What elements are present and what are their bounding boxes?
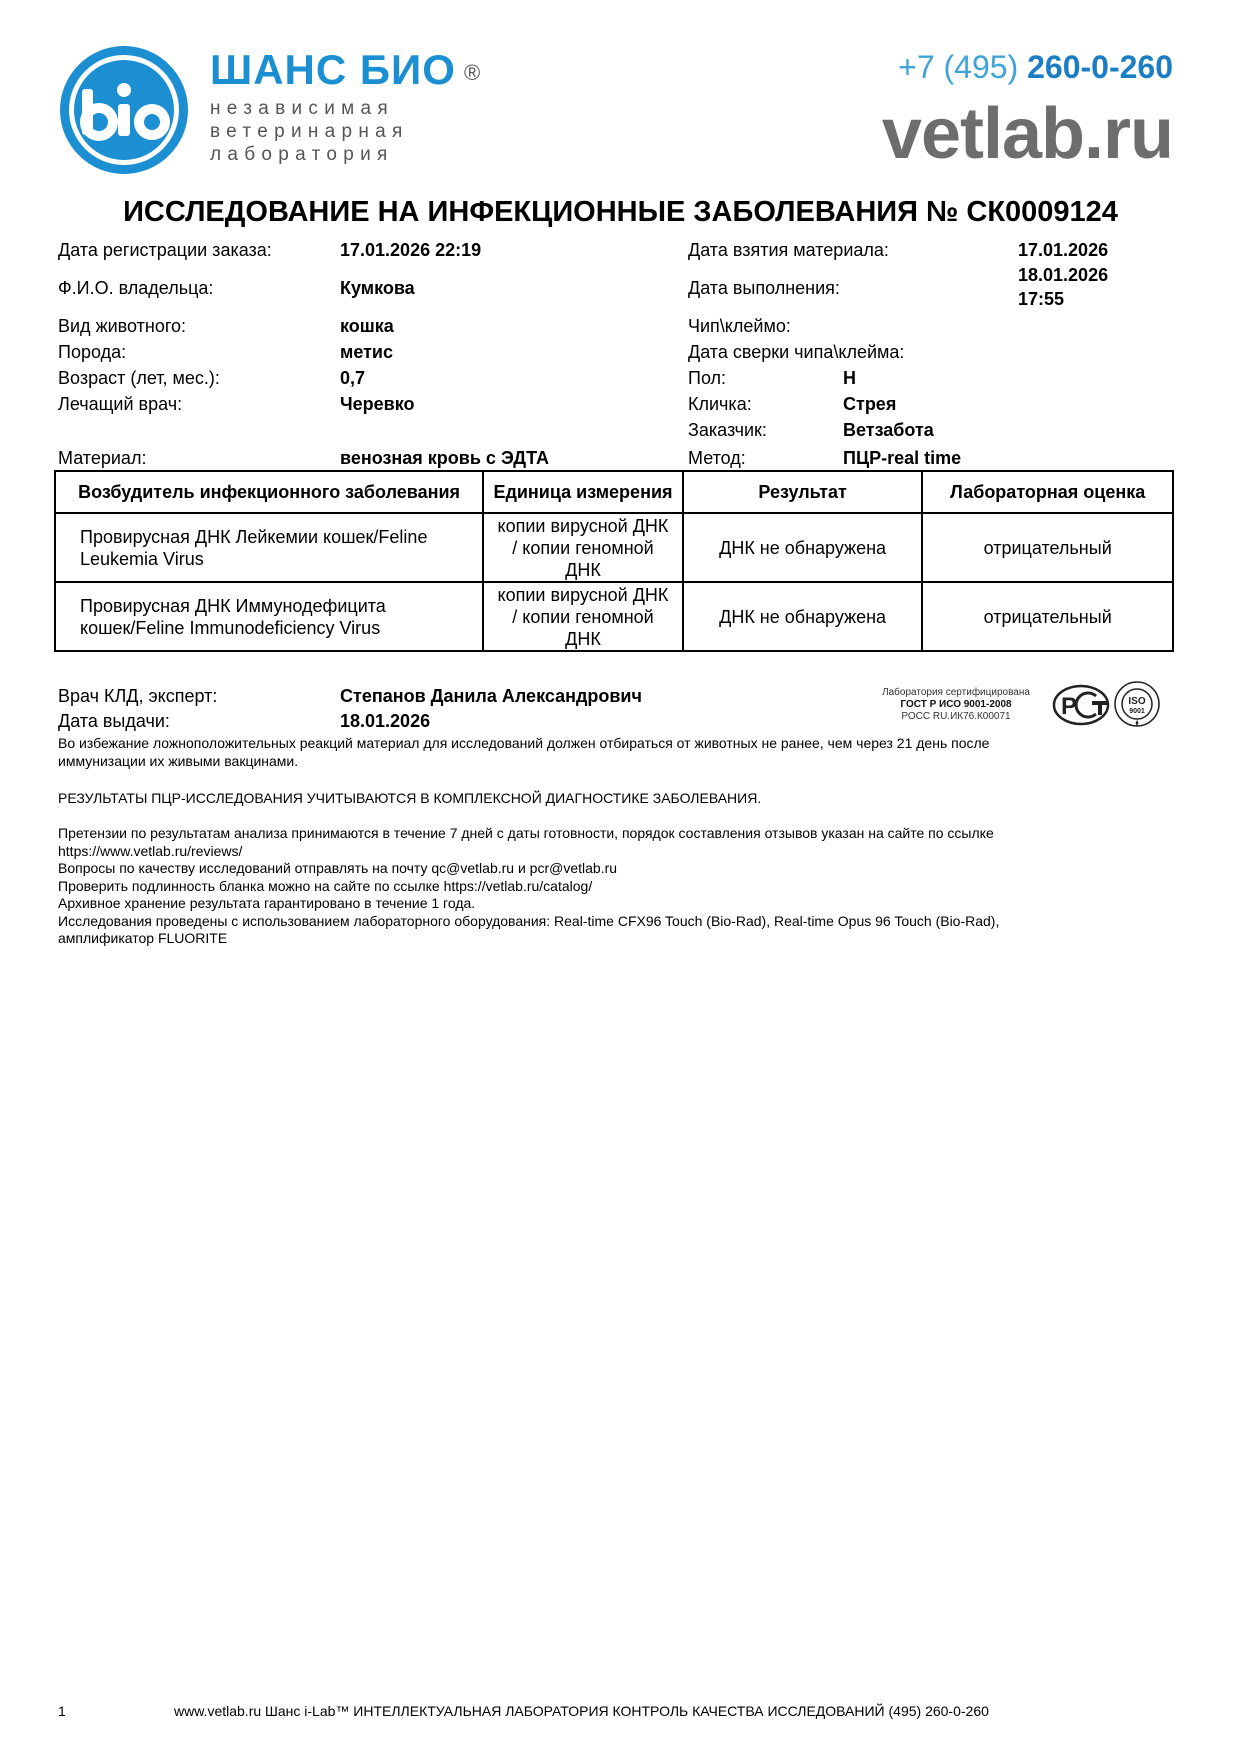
field-label-breed: Порода: <box>58 342 126 363</box>
vaccination-note: Во избежание ложноположительных реакций … <box>58 735 1168 770</box>
phone-main: 260-0-260 <box>1027 49 1173 85</box>
field-value-registration-date: 17.01.2026 22:19 <box>340 240 481 261</box>
column-header-pathogen: Возбудитель инфекционного заболевания <box>55 471 483 513</box>
unit-line-1: копии вирусной ДНК <box>488 584 678 606</box>
cell-unit: копии вирусной ДНК / копии геномной ДНК <box>483 582 683 651</box>
field-value-method: ПЦР-real time <box>843 448 961 469</box>
authenticity-note: Проверить подлинность бланка можно на са… <box>58 878 1168 896</box>
field-value-completion-time: 17:55 <box>1018 289 1064 310</box>
unit-line-1: копии вирусной ДНК <box>488 515 678 537</box>
brand-tagline-2: ветеринарная <box>210 121 409 143</box>
expert-name: Степанов Данила Александрович <box>340 686 642 707</box>
field-label-chip: Чип\клеймо: <box>688 316 791 337</box>
field-label-sample-date: Дата взятия материала: <box>688 240 889 261</box>
results-table: Возбудитель инфекционного заболевания Ед… <box>54 470 1174 652</box>
field-label-material: Материал: <box>58 448 146 469</box>
cell-pathogen: Провирусная ДНК Иммунодефицита кошек/Fel… <box>55 582 483 651</box>
cert-line-1: Лаборатория сертифицирована <box>866 687 1046 699</box>
field-value-age: 0,7 <box>340 368 365 389</box>
field-value-owner: Кумкова <box>340 278 415 299</box>
brand-tagline-3: лаборатория <box>210 144 394 166</box>
field-label-chip-check-date: Дата сверки чипа\клейма: <box>688 342 904 363</box>
column-header-assessment: Лабораторная оценка <box>922 471 1173 513</box>
field-value-material: венозная кровь с ЭДТА <box>340 448 549 469</box>
vaccination-note-line-1: Во избежание ложноположительных реакций … <box>58 735 1168 753</box>
field-label-method: Метод: <box>688 448 746 469</box>
issue-date-value: 18.01.2026 <box>340 711 430 732</box>
cell-assessment: отрицательный <box>922 513 1173 582</box>
equipment-note-line-2: амплификатор FLUORITE <box>58 930 1168 948</box>
brand-tagline-1: независимая <box>210 98 394 120</box>
bio-logo-icon <box>58 44 190 176</box>
unit-line-3: ДНК <box>488 628 678 650</box>
phone-prefix: +7 (495) <box>898 49 1018 85</box>
cell-pathogen: Провирусная ДНК Лейкемии кошек/Feline Le… <box>55 513 483 582</box>
field-value-pet-name: Стрея <box>843 394 896 415</box>
field-label-sex: Пол: <box>688 368 726 389</box>
archive-note: Архивное хранение результата гарантирова… <box>58 895 1168 913</box>
footer-text: www.vetlab.ru Шанс i-Lab™ ИНТЕЛЛЕКТУАЛЬН… <box>174 1703 989 1719</box>
table-header-row: Возбудитель инфекционного заболевания Ед… <box>55 471 1173 513</box>
svg-text:P: P <box>1061 693 1077 720</box>
field-label-pet-name: Кличка: <box>688 394 752 415</box>
registered-mark: ® <box>464 60 480 86</box>
field-label-owner: Ф.И.О. владельца: <box>58 278 213 299</box>
field-label-species: Вид животного: <box>58 316 186 337</box>
field-label-age: Возраст (лет, мес.): <box>58 368 220 389</box>
iso-9001-icon: ISO 9001 <box>1113 680 1161 728</box>
field-value-vet: Черевко <box>340 394 415 415</box>
pathogen-line-2: кошек/Feline Immunodeficiency Virus <box>80 617 478 639</box>
column-header-unit: Единица измерения <box>483 471 683 513</box>
field-label-vet: Лечащий врач: <box>58 394 182 415</box>
quality-contact-note: Вопросы по качеству исследований отправл… <box>58 860 1168 878</box>
site-logo: vetlab.ru <box>882 93 1173 175</box>
cert-line-3: РОСС RU.ИК76.К00071 <box>866 711 1046 723</box>
cert-line-2: ГОСТ Р ИСО 9001-2008 <box>866 699 1046 711</box>
vaccination-note-line-2: иммунизации их живыми вакцинами. <box>58 753 1168 771</box>
field-value-completion-date: 18.01.2026 <box>1018 265 1108 286</box>
field-label-completion-date: Дата выполнения: <box>688 278 840 299</box>
legal-notes: Претензии по результатам анализа принима… <box>58 825 1168 948</box>
pathogen-line-2: Leukemia Virus <box>80 548 478 570</box>
unit-line-2: / копии геномной <box>488 606 678 628</box>
field-label-registration-date: Дата регистрации заказа: <box>58 240 272 261</box>
phone-number[interactable]: +7 (495) 260-0-260 <box>898 49 1173 86</box>
equipment-note-line-1: Исследования проведены с использованием … <box>58 913 1168 931</box>
field-value-species: кошка <box>340 316 394 337</box>
issue-date-label: Дата выдачи: <box>58 711 170 732</box>
table-row: Провирусная ДНК Иммунодефицита кошек/Fel… <box>55 582 1173 651</box>
cell-result: ДНК не обнаружена <box>683 513 923 582</box>
certification-text: Лаборатория сертифицирована ГОСТ Р ИСО 9… <box>866 687 1046 723</box>
page-number: 1 <box>58 1703 66 1719</box>
pathogen-line-1: Провирусная ДНК Иммунодефицита <box>80 595 478 617</box>
field-value-breed: метис <box>340 342 393 363</box>
expert-label: Врач КЛД, эксперт: <box>58 686 217 707</box>
field-value-customer: Ветзабота <box>843 420 934 441</box>
cell-result: ДНК не обнаружена <box>683 582 923 651</box>
svg-text:9001: 9001 <box>1129 708 1145 715</box>
reviews-link[interactable]: https://www.vetlab.ru/reviews/ <box>58 843 1168 861</box>
cell-unit: копии вирусной ДНК / копии геномной ДНК <box>483 513 683 582</box>
claims-note: Претензии по результатам анализа принима… <box>58 825 1168 843</box>
unit-line-2: / копии геномной <box>488 537 678 559</box>
cell-assessment: отрицательный <box>922 582 1173 651</box>
page-title: ИССЛЕДОВАНИЕ НА ИНФЕКЦИОННЫЕ ЗАБОЛЕВАНИЯ… <box>0 196 1241 229</box>
field-value-sample-date: 17.01.2026 <box>1018 240 1108 261</box>
svg-text:ISO: ISO <box>1128 696 1145 707</box>
pcr-note: РЕЗУЛЬТАТЫ ПЦР-ИССЛЕДОВАНИЯ УЧИТЫВАЮТСЯ … <box>58 790 1168 808</box>
field-value-sex: Н <box>843 368 856 389</box>
pathogen-line-1: Провирусная ДНК Лейкемии кошек/Feline <box>80 526 478 548</box>
column-header-result: Результат <box>683 471 923 513</box>
unit-line-3: ДНК <box>488 559 678 581</box>
table-row: Провирусная ДНК Лейкемии кошек/Feline Le… <box>55 513 1173 582</box>
brand-name: ШАНС БИО <box>210 46 456 94</box>
pct-certification-icon: P <box>1052 684 1110 726</box>
field-label-customer: Заказчик: <box>688 420 767 441</box>
